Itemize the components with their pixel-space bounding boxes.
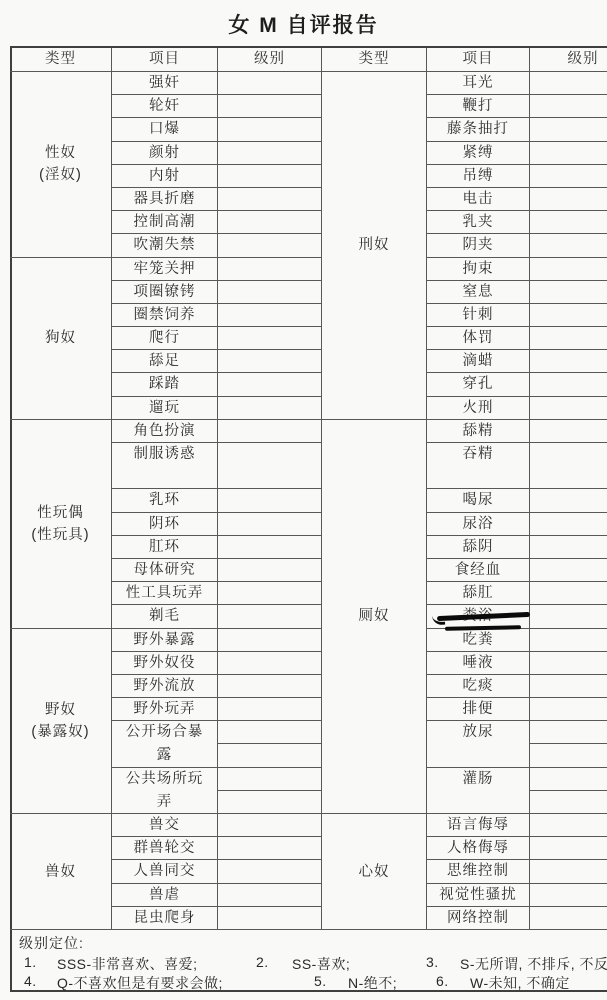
level-cell xyxy=(218,304,322,327)
item-cell: 思维控制 xyxy=(427,860,530,883)
level-cell xyxy=(530,582,607,605)
type-cell: 野奴 (暴露奴) xyxy=(10,629,112,815)
item-cell: 舔足 xyxy=(112,350,218,373)
level-cell xyxy=(530,652,607,675)
level-cell xyxy=(218,791,322,814)
item-cell: 牢笼关押 xyxy=(112,258,218,281)
level-cell xyxy=(218,721,322,744)
legend-item-text: SSS-非常喜欢、喜爱; xyxy=(57,954,198,974)
level-cell xyxy=(530,768,607,791)
header-cell: 类型 xyxy=(10,48,112,72)
item-cell: 穿孔 xyxy=(427,373,530,396)
hand-strike-mark xyxy=(437,612,530,621)
level-cell xyxy=(530,327,607,350)
item-cell: 控制高潮 xyxy=(112,211,218,234)
level-cell xyxy=(218,142,322,165)
item-cell: 电击 xyxy=(427,188,530,211)
level-cell xyxy=(530,884,607,907)
legend-item-number: 5. xyxy=(314,973,327,989)
header-cell: 级别 xyxy=(218,48,322,72)
item-cell: 窒息 xyxy=(427,281,530,304)
level-cell xyxy=(530,744,607,767)
item-cell: 人兽同交 xyxy=(112,860,218,883)
type-cell: 刑奴 xyxy=(322,72,427,420)
level-cell xyxy=(530,907,607,930)
item-cell: 紧缚 xyxy=(427,142,530,165)
level-cell xyxy=(530,142,607,165)
level-cell xyxy=(530,420,607,443)
item-cell: 轮奸 xyxy=(112,95,218,118)
item-cell: 项圈镣铐 xyxy=(112,281,218,304)
item-cell: 兽交 xyxy=(112,814,218,837)
level-cell xyxy=(218,281,322,304)
level-cell xyxy=(530,443,607,489)
item-cell: 野外流放 xyxy=(112,675,218,698)
level-cell xyxy=(530,234,607,257)
item-cell: 食经血 xyxy=(427,559,530,582)
level-cell xyxy=(530,837,607,860)
item-cell: 乳夹 xyxy=(427,211,530,234)
item-cell: 阴夹 xyxy=(427,234,530,257)
legend-item-text: S-无所谓, 不排斥, 不反对 xyxy=(460,954,607,974)
level-cell xyxy=(218,536,322,559)
level-cell xyxy=(530,814,607,837)
page-title: 女 M 自评报告 xyxy=(0,9,607,39)
header-cell: 项目 xyxy=(427,48,530,72)
item-cell: 人格侮辱 xyxy=(427,837,530,860)
item-cell: 舔肛 xyxy=(427,582,530,605)
level-cell xyxy=(218,768,322,791)
level-cell xyxy=(218,744,322,767)
item-cell: 剃毛 xyxy=(112,605,218,628)
level-cell xyxy=(218,513,322,536)
legend-item-text: W-未知, 不确定 xyxy=(470,973,570,993)
level-cell xyxy=(530,675,607,698)
item-cell: 阴环 xyxy=(112,513,218,536)
legend-item-text: Q-不喜欢但是有要求会做; xyxy=(57,973,223,993)
level-cell xyxy=(530,211,607,234)
level-cell xyxy=(218,72,322,95)
level-cell xyxy=(530,397,607,420)
level-cell xyxy=(530,791,607,814)
header-cell: 类型 xyxy=(322,48,427,72)
type-cell: 性奴 (淫奴) xyxy=(10,72,112,258)
item-cell: 野外暴露 xyxy=(112,629,218,652)
legend-item-text: N-绝不; xyxy=(348,973,397,993)
level-cell xyxy=(530,489,607,512)
item-cell: 野外玩弄 xyxy=(112,698,218,721)
item-cell: 排便 xyxy=(427,698,530,721)
level-cell xyxy=(218,165,322,188)
level-cell xyxy=(530,281,607,304)
level-cell xyxy=(218,443,322,489)
item-cell: 口爆 xyxy=(112,118,218,141)
header-cell: 项目 xyxy=(112,48,218,72)
type-cell: 兽奴 xyxy=(10,814,112,930)
level-cell xyxy=(218,652,322,675)
level-cell xyxy=(218,629,322,652)
item-cell: 母体研究 xyxy=(112,559,218,582)
item-cell: 野外奴役 xyxy=(112,652,218,675)
level-cell xyxy=(530,559,607,582)
legend-item-number: 1. xyxy=(24,954,37,970)
item-cell: 兽虐 xyxy=(112,884,218,907)
hand-strike-mark xyxy=(445,625,521,631)
level-cell xyxy=(218,907,322,930)
item-cell: 吃粪 xyxy=(427,629,530,652)
item-cell: 性工具玩弄 xyxy=(112,582,218,605)
item-cell: 火刑 xyxy=(427,397,530,420)
level-cell xyxy=(218,605,322,628)
legend-row: 4.Q-不喜欢但是有要求会做;5.N-绝不;6.W-未知, 不确定 xyxy=(10,973,607,993)
item-cell: 语言侮辱 xyxy=(427,814,530,837)
item-cell: 滴蜡 xyxy=(427,350,530,373)
level-cell xyxy=(218,698,322,721)
legend-item-number: 6. xyxy=(436,973,449,989)
legend-item-number: 3. xyxy=(426,954,439,970)
type-cell: 性玩偶 (性玩具) xyxy=(10,420,112,629)
level-cell xyxy=(530,721,607,744)
item-cell: 鞭打 xyxy=(427,95,530,118)
item-cell: 吞精 xyxy=(427,443,530,489)
level-cell xyxy=(530,536,607,559)
level-cell xyxy=(530,95,607,118)
level-cell xyxy=(218,489,322,512)
level-cell xyxy=(218,675,322,698)
type-cell: 心奴 xyxy=(322,814,427,930)
item-cell: 器具折磨 xyxy=(112,188,218,211)
level-cell xyxy=(530,72,607,95)
item-cell: 唾液 xyxy=(427,652,530,675)
level-cell xyxy=(218,258,322,281)
item-cell: 强奸 xyxy=(112,72,218,95)
level-cell xyxy=(530,188,607,211)
item-cell: 吃痰 xyxy=(427,675,530,698)
report-table: 类型项目级别类型项目级别性奴 (淫奴)强奸轮奸口爆颜射内射器具折磨控制高潮吹潮失… xyxy=(10,48,607,930)
header-cell: 级别 xyxy=(530,48,607,72)
item-cell: 灌肠 xyxy=(427,768,530,814)
level-cell xyxy=(218,118,322,141)
level-cell xyxy=(530,860,607,883)
level-cell xyxy=(218,397,322,420)
legend-item-number: 2. xyxy=(256,954,269,970)
level-cell xyxy=(530,513,607,536)
item-cell: 角色扮演 xyxy=(112,420,218,443)
item-cell: 公共场所玩 弄 xyxy=(112,768,218,814)
level-cell xyxy=(218,884,322,907)
item-cell: 耳光 xyxy=(427,72,530,95)
document-page: 女 M 自评报告 类型项目级别类型项目级别性奴 (淫奴)强奸轮奸口爆颜射内射器具… xyxy=(0,0,607,1000)
type-cell: 狗奴 xyxy=(10,258,112,420)
item-cell: 吊缚 xyxy=(427,165,530,188)
legend-row: 1.SSS-非常喜欢、喜爱;2.SS-喜欢;3.S-无所谓, 不排斥, 不反对 xyxy=(10,954,607,974)
legend-item-text: SS-喜欢; xyxy=(292,954,350,974)
item-cell: 尿浴 xyxy=(427,513,530,536)
level-cell xyxy=(218,814,322,837)
level-cell xyxy=(218,837,322,860)
item-cell: 群兽轮交 xyxy=(112,837,218,860)
item-cell: 制服诱惑 xyxy=(112,443,218,489)
level-cell xyxy=(218,234,322,257)
item-cell: 喝尿 xyxy=(427,489,530,512)
level-cell xyxy=(218,350,322,373)
item-cell: 圈禁饲养 xyxy=(112,304,218,327)
legend-item-number: 4. xyxy=(24,973,37,989)
level-cell xyxy=(218,188,322,211)
item-cell: 吹潮失禁 xyxy=(112,234,218,257)
item-cell: 踩踏 xyxy=(112,373,218,396)
level-cell xyxy=(530,373,607,396)
level-cell xyxy=(530,165,607,188)
level-cell xyxy=(218,860,322,883)
legend-box: 级别定位: 1.SSS-非常喜欢、喜爱;2.SS-喜欢;3.S-无所谓, 不排斥… xyxy=(10,930,607,992)
level-cell xyxy=(530,350,607,373)
level-cell xyxy=(218,327,322,350)
item-cell: 肛环 xyxy=(112,536,218,559)
type-cell: 厕奴 xyxy=(322,420,427,814)
item-cell: 颜射 xyxy=(112,142,218,165)
item-cell: 内射 xyxy=(112,165,218,188)
item-cell: 针刺 xyxy=(427,304,530,327)
item-cell: 公开场合暴 露 xyxy=(112,721,218,767)
item-cell: 爬行 xyxy=(112,327,218,350)
level-cell xyxy=(218,420,322,443)
item-cell: 视觉性骚扰 xyxy=(427,884,530,907)
item-cell: 昆虫爬身 xyxy=(112,907,218,930)
level-cell xyxy=(530,304,607,327)
level-cell xyxy=(530,629,607,652)
legend-title: 级别定位: xyxy=(19,933,84,953)
item-cell: 遛玩 xyxy=(112,397,218,420)
level-cell xyxy=(218,559,322,582)
level-cell xyxy=(530,605,607,628)
item-cell: 舔阴 xyxy=(427,536,530,559)
level-cell xyxy=(218,95,322,118)
item-cell: 体罚 xyxy=(427,327,530,350)
item-cell: 藤条抽打 xyxy=(427,118,530,141)
item-cell: 网络控制 xyxy=(427,907,530,930)
item-cell: 放尿 xyxy=(427,721,530,767)
level-cell xyxy=(530,118,607,141)
item-cell: 舔精 xyxy=(427,420,530,443)
level-cell xyxy=(218,211,322,234)
level-cell xyxy=(530,698,607,721)
level-cell xyxy=(530,258,607,281)
item-cell: 拘束 xyxy=(427,258,530,281)
item-cell: 乳环 xyxy=(112,489,218,512)
level-cell xyxy=(218,373,322,396)
level-cell xyxy=(218,582,322,605)
